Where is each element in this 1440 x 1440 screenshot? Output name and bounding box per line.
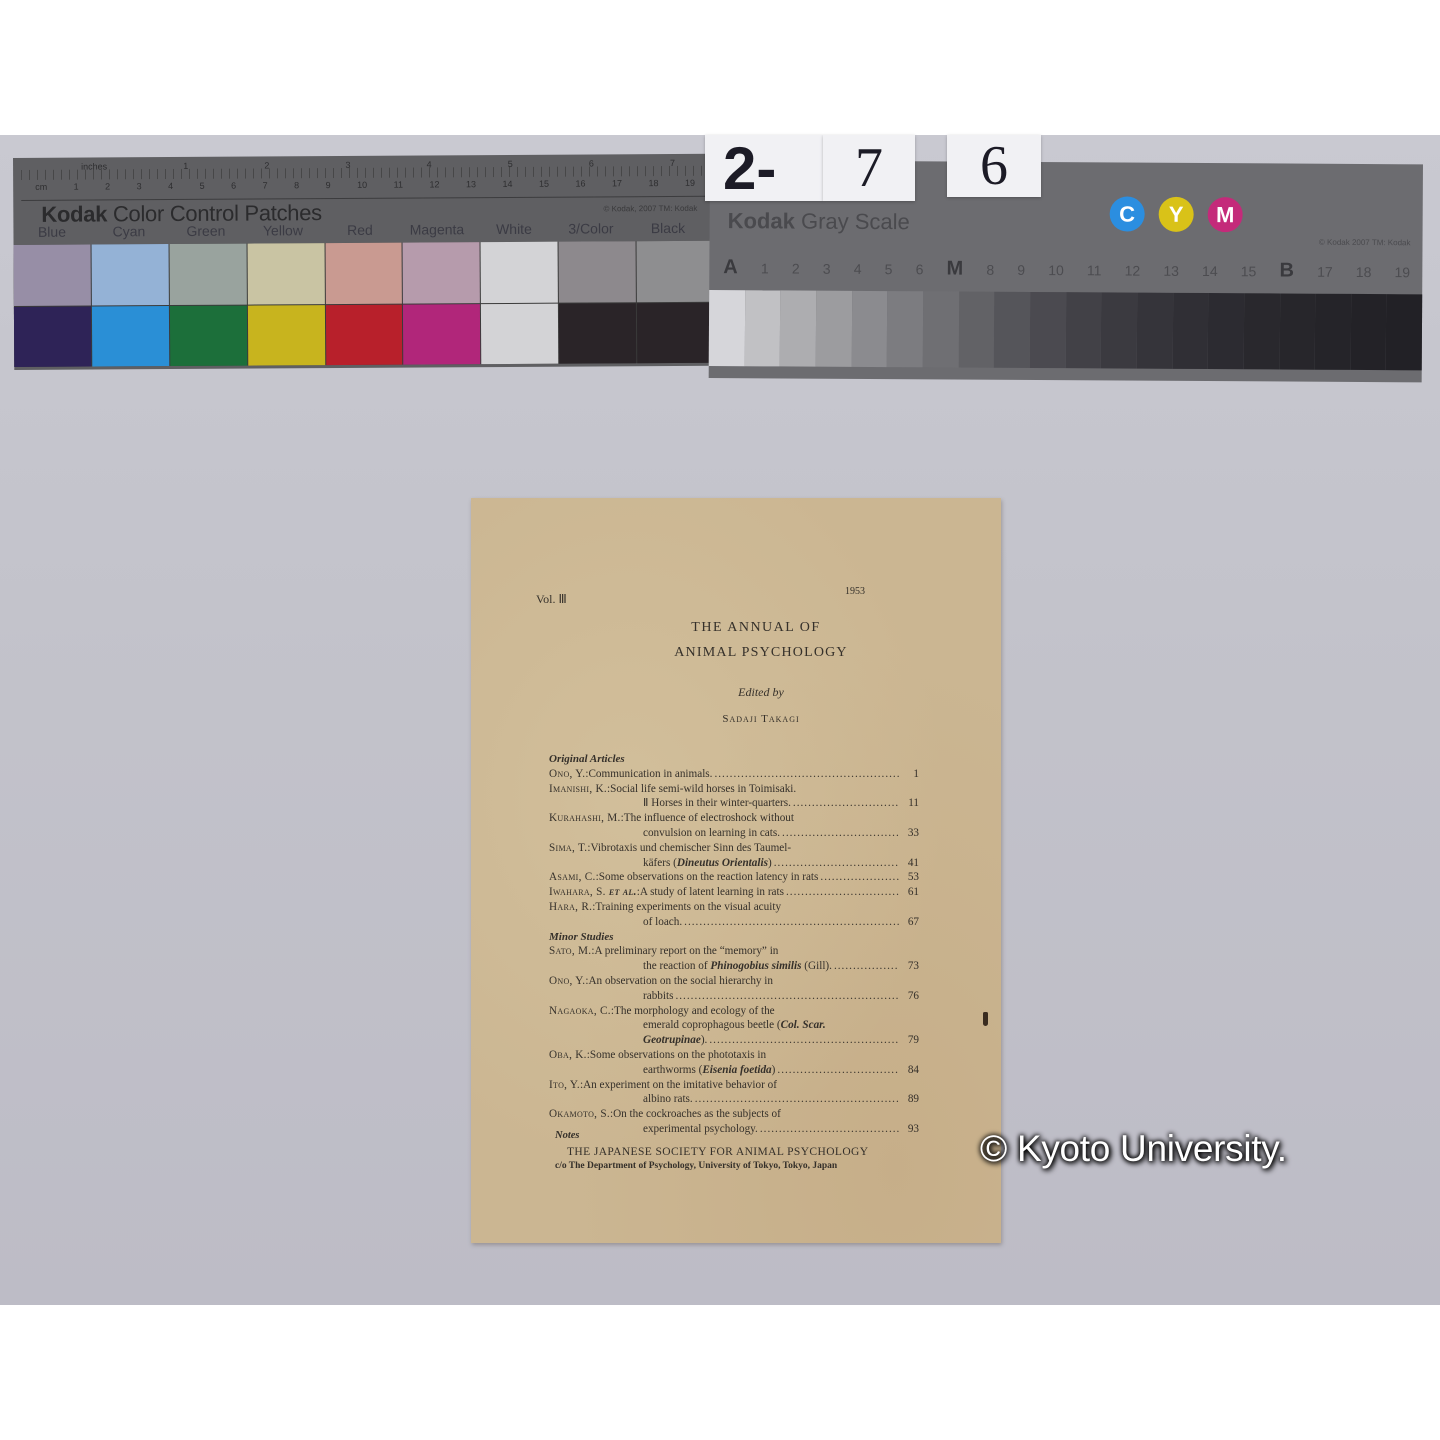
toc-entry: Nagaoka, C. : The morphology and ecology… xyxy=(549,1004,919,1048)
ruler-label: 7 xyxy=(263,180,268,190)
toc-title-text: Some observations on the reaction latenc… xyxy=(599,870,819,885)
toc-author: Sima, T. xyxy=(549,841,587,856)
journal-title-line-1: THE ANNUAL OF xyxy=(471,620,1001,636)
toc-title-text: Vibrotaxis und chemischer Sinn des Taume… xyxy=(590,841,791,856)
gray-step-label: 8 xyxy=(986,262,994,278)
toc-title-text: convulsion on learning in cats. xyxy=(643,826,780,841)
toc-title-text: emerald coprophagous beetle (Col. Scar. xyxy=(643,1018,826,1033)
gray-step-label: 1 xyxy=(761,260,769,276)
toc-title-text: On the cockroaches as the subjects of xyxy=(613,1107,781,1122)
toc-author: Asami, C. xyxy=(549,870,596,885)
toc-page-number: 53 xyxy=(901,870,919,885)
toc-line: Hara, R. : Training experiments on the v… xyxy=(549,900,919,915)
gray-step xyxy=(851,291,887,367)
dot-leader xyxy=(714,767,899,782)
toc-line: of loach.67 xyxy=(549,915,919,930)
gray-step-label: 13 xyxy=(1163,263,1179,279)
toc-title-text: The morphology and ecology of the xyxy=(614,1004,775,1019)
dot-leader xyxy=(786,885,899,900)
gray-step-label: 6 xyxy=(916,261,924,277)
toc-title-text: earthworms (Eisenia foetida) xyxy=(643,1063,775,1078)
gray-step xyxy=(887,291,923,367)
toc-line: Nagaoka, C. : The morphology and ecology… xyxy=(549,1004,919,1019)
gray-card-copyright: © Kodak 2007 TM: Kodak xyxy=(1319,238,1411,248)
toc-page-number: 33 xyxy=(901,826,919,841)
toc-page-number: 93 xyxy=(901,1122,919,1137)
toc-line: Oba, K. : Some observations on the photo… xyxy=(549,1048,919,1063)
toc-title-text: Social life semi-wild horses in Toimisak… xyxy=(610,782,796,797)
gray-step-labels: A123456M89101112131415B171819 xyxy=(723,256,1410,283)
color-patch xyxy=(247,243,324,304)
toc-line: albino rats.89 xyxy=(549,1092,919,1107)
dot-leader xyxy=(675,989,899,1004)
toc-title-text: käfers (Dineutus Orientalis) xyxy=(643,856,772,871)
color-card-copyright: © Kodak, 2007 TM: Kodak xyxy=(603,204,697,214)
toc-line: the reaction of Phinogobius similis (Gil… xyxy=(549,959,919,974)
toc-line: Imanishi, K. : Social life semi-wild hor… xyxy=(549,782,919,797)
publisher-address: c/o The Department of Psychology, Univer… xyxy=(555,1161,837,1171)
notes-heading: Notes xyxy=(555,1130,580,1141)
gray-step xyxy=(744,290,780,366)
toc-author: Imanishi, K. xyxy=(549,782,607,797)
journal-title-line-2: ANIMAL PSYCHOLOGY xyxy=(471,645,1001,661)
color-patch xyxy=(637,302,714,363)
toc-entry: Ono, Y. : An observation on the social h… xyxy=(549,974,919,1004)
ruler-label: 14 xyxy=(502,179,512,189)
gray-step-label: 9 xyxy=(1017,262,1025,278)
gray-step-label: 17 xyxy=(1317,264,1333,280)
toc-author: Kurahashi, M. xyxy=(549,811,621,826)
dot-leader xyxy=(695,1092,899,1107)
toc-entry: Iwahara, S. et al. : A study of latent l… xyxy=(549,885,919,900)
toc-title-text: An observation on the social hierarchy i… xyxy=(588,974,773,989)
ruler-label: 19 xyxy=(685,178,695,188)
publication-year: 1953 xyxy=(845,586,865,597)
gray-step-label: 5 xyxy=(885,261,893,277)
toc-title-text: of loach. xyxy=(643,915,682,930)
gray-step xyxy=(1279,293,1315,369)
toc-title-text: the reaction of Phinogobius similis (Gil… xyxy=(643,959,832,974)
toc-entry: Hara, R. : Training experiments on the v… xyxy=(549,900,919,930)
gray-step xyxy=(1172,293,1208,369)
cym-dots: CYM xyxy=(1110,196,1243,232)
toc-line: Sato, M. : A preliminary report on the “… xyxy=(549,944,919,959)
toc-author: Ono, Y. xyxy=(549,767,585,782)
italic-term: et al. xyxy=(609,886,637,898)
toc-entry: Asami, C. : Some observations on the rea… xyxy=(549,870,919,885)
italic-term: Geotrupinae xyxy=(643,1034,701,1046)
section-heading: Original Articles xyxy=(549,752,919,767)
ruler-label: 9 xyxy=(326,180,331,190)
toc-title-text: experimental psychology. xyxy=(643,1122,758,1137)
patch-label: Blue xyxy=(13,224,90,240)
cym-dot-c: C xyxy=(1110,196,1145,231)
gray-step-label: 19 xyxy=(1394,264,1410,280)
toc-page-number: 67 xyxy=(901,915,919,930)
ruler-label: 18 xyxy=(648,178,658,188)
volume-number: Vol. Ⅲ xyxy=(536,592,567,607)
gray-step xyxy=(709,290,745,366)
dot-leader xyxy=(760,1122,899,1137)
id-label-3: 6 xyxy=(947,135,1041,197)
toc-entry: Ito, Y. : An experiment on the imitative… xyxy=(549,1078,919,1108)
gray-step xyxy=(780,290,816,366)
toc-line: earthworms (Eisenia foetida)84 xyxy=(549,1063,919,1078)
ruler-label: 6 xyxy=(231,181,236,191)
toc-title-text: Some observations on the phototaxis in xyxy=(590,1048,766,1063)
binding-mark xyxy=(983,1012,988,1026)
toc-title-text: A study of latent learning in rats xyxy=(640,885,784,900)
toc-title-text: Training experiments on the visual acuit… xyxy=(595,900,781,915)
ruler-label: 15 xyxy=(539,179,549,189)
ruler-label: 2 xyxy=(105,181,110,191)
ruler-label: 5 xyxy=(200,181,205,191)
gray-step xyxy=(1065,292,1101,368)
gray-step-label: 11 xyxy=(1087,262,1102,278)
color-patch xyxy=(403,242,480,303)
patch-label: Red xyxy=(321,222,398,238)
toc-line: convulsion on learning in cats.33 xyxy=(549,826,919,841)
color-patch xyxy=(481,242,558,303)
toc-entry: Kurahashi, M. : The influence of electro… xyxy=(549,811,919,841)
kodak-brand: Kodak xyxy=(728,208,795,233)
toc-line: Ono, Y. : Communication in animals.1 xyxy=(549,767,919,782)
patch-labels: BlueCyanGreenYellowRedMagentaWhite3/Colo… xyxy=(13,220,713,240)
ruler-label: cm xyxy=(35,182,47,192)
ruler-cm: cm12345678910111213141516171819 xyxy=(21,178,705,192)
patch-label: Magenta xyxy=(398,221,475,237)
gray-step xyxy=(1386,294,1422,370)
color-patch xyxy=(169,244,246,305)
ruler-label: 17 xyxy=(612,178,622,188)
toc-line: Ito, Y. : An experiment on the imitative… xyxy=(549,1078,919,1093)
gray-step xyxy=(994,292,1030,368)
ruler-label: 1 xyxy=(74,182,79,192)
toc-page-number: 76 xyxy=(901,989,919,1004)
gray-step-label: 18 xyxy=(1356,264,1372,280)
toc-line: Okamoto, S. : On the cockroaches as the … xyxy=(549,1107,919,1122)
gray-step-label: 14 xyxy=(1202,263,1218,279)
toc-author: Ito, Y. xyxy=(549,1078,580,1093)
toc-line: Asami, C. : Some observations on the rea… xyxy=(549,870,919,885)
gray-step xyxy=(923,291,959,367)
id-label-1: 2- xyxy=(705,135,823,201)
ruler-label: 16 xyxy=(575,179,585,189)
toc-line: Sima, T. : Vibrotaxis und chemischer Sin… xyxy=(549,841,919,856)
toc-title-text: Communication in animals. xyxy=(588,767,712,782)
gray-step xyxy=(1101,292,1137,368)
cym-dot-m: M xyxy=(1208,197,1243,232)
dot-leader xyxy=(782,826,899,841)
toc-page-number: 79 xyxy=(901,1033,919,1048)
ruler-label: 8 xyxy=(294,180,299,190)
gray-step xyxy=(1244,293,1280,369)
toc-title-text: Ⅱ Horses in their winter-quarters. xyxy=(643,796,791,811)
color-patch xyxy=(170,305,247,366)
color-patch xyxy=(14,306,91,367)
italic-term: Dineutus Orientalis xyxy=(677,857,768,869)
gray-step xyxy=(1137,293,1173,369)
patch-label: Cyan xyxy=(90,223,167,239)
toc-line: rabbits76 xyxy=(549,989,919,1004)
gray-step-label: 4 xyxy=(854,261,862,277)
gray-step xyxy=(1351,294,1387,370)
dot-leader xyxy=(774,856,899,871)
toc-line: Iwahara, S. et al. : A study of latent l… xyxy=(549,885,919,900)
dot-leader xyxy=(793,796,899,811)
toc-author: Hara, R. xyxy=(549,900,592,915)
gray-step xyxy=(1315,294,1351,370)
gray-card-title-text: Gray Scale xyxy=(801,209,910,235)
toc-author: Oba, K. xyxy=(549,1048,587,1063)
toc-line: Ono, Y. : An observation on the social h… xyxy=(549,974,919,989)
toc-title-text: albino rats. xyxy=(643,1092,693,1107)
gray-step-label: 10 xyxy=(1048,262,1064,278)
gray-step xyxy=(1030,292,1066,368)
dot-leader xyxy=(684,915,899,930)
toc-title-text: Geotrupinae). xyxy=(643,1033,707,1048)
color-patch xyxy=(325,304,402,365)
section-heading: Minor Studies xyxy=(549,930,919,945)
ruler-label: 13 xyxy=(466,179,476,189)
toc-line: Ⅱ Horses in their winter-quarters.11 xyxy=(549,796,919,811)
gray-step-label: M xyxy=(946,257,963,280)
toc-line: Geotrupinae).79 xyxy=(549,1033,919,1048)
patch-label: Green xyxy=(167,223,244,239)
patch-label: 3/Color xyxy=(552,220,629,236)
copyright-watermark: © Kyoto University. xyxy=(980,1128,1287,1170)
patch-label: Black xyxy=(629,220,706,236)
toc-entry: Imanishi, K. : Social life semi-wild hor… xyxy=(549,782,919,812)
gray-step xyxy=(958,292,994,368)
cym-dot-y: Y xyxy=(1159,197,1194,232)
color-patches xyxy=(14,241,715,367)
color-patch xyxy=(481,303,558,364)
color-patch xyxy=(559,303,636,364)
ruler-label: 12 xyxy=(429,179,439,189)
id-label-2: 7 xyxy=(823,135,915,201)
toc-line: experimental psychology.93 xyxy=(549,1122,919,1137)
toc-author: Okamoto, S. xyxy=(549,1107,610,1122)
toc-page-number: 1 xyxy=(901,767,919,782)
toc-title-text: rabbits xyxy=(643,989,673,1004)
gray-step-label: 3 xyxy=(823,261,831,277)
italic-term: Eisenia foetida xyxy=(702,1064,771,1076)
toc-page-number: 41 xyxy=(901,856,919,871)
color-patch xyxy=(14,245,91,306)
edited-by: Edited by xyxy=(471,685,1001,700)
gray-step-label: 15 xyxy=(1241,263,1257,279)
color-patch xyxy=(325,243,402,304)
toc-entry: Ono, Y. : Communication in animals.1 xyxy=(549,767,919,782)
toc-author: Ono, Y. xyxy=(549,974,585,989)
color-patch xyxy=(92,306,169,367)
patch-label: White xyxy=(475,221,552,237)
dot-leader xyxy=(820,870,899,885)
gray-card-title: Kodak Gray Scale xyxy=(728,208,910,235)
table-of-contents: Original ArticlesOno, Y. : Communication… xyxy=(549,752,919,1137)
toc-line: Kurahashi, M. : The influence of electro… xyxy=(549,811,919,826)
toc-page-number: 61 xyxy=(901,885,919,900)
color-patch xyxy=(91,244,168,305)
gray-step-label: A xyxy=(723,256,738,279)
toc-title-text: A preliminary report on the “memory” in xyxy=(594,944,778,959)
color-patch xyxy=(559,241,636,302)
ruler-label: 3 xyxy=(137,181,142,191)
toc-author: Nagaoka, C. xyxy=(549,1004,611,1019)
color-patch xyxy=(637,241,714,302)
italic-term: Col. Scar. xyxy=(781,1019,826,1031)
toc-title-text: The influence of electroshock without xyxy=(624,811,794,826)
toc-page-number: 89 xyxy=(901,1092,919,1107)
publisher-name: THE JAPANESE SOCIETY FOR ANIMAL PSYCHOLO… xyxy=(567,1146,868,1158)
gray-step-label: B xyxy=(1279,259,1294,282)
ruler-label: 4 xyxy=(168,181,173,191)
dot-leader xyxy=(709,1033,899,1048)
gray-step xyxy=(816,291,852,367)
color-patch xyxy=(403,304,480,365)
gray-step-label: 2 xyxy=(792,261,800,277)
dot-leader xyxy=(834,959,899,974)
color-control-card: inches1234567 cm123456789101112131415161… xyxy=(13,154,714,370)
ruler: inches1234567 cm123456789101112131415161… xyxy=(21,156,705,201)
toc-author: Iwahara, S. et al. xyxy=(549,885,637,900)
gray-step-label: 12 xyxy=(1125,263,1141,279)
toc-entry: Sima, T. : Vibrotaxis und chemischer Sin… xyxy=(549,841,919,871)
toc-entry: Sato, M. : A preliminary report on the “… xyxy=(549,944,919,974)
gray-steps xyxy=(709,290,1422,370)
toc-line: emerald coprophagous beetle (Col. Scar. xyxy=(549,1018,919,1033)
toc-author: Sato, M. xyxy=(549,944,591,959)
ruler-label: 10 xyxy=(357,180,367,190)
toc-entry: Oba, K. : Some observations on the photo… xyxy=(549,1048,919,1078)
patch-label: Yellow xyxy=(244,222,321,238)
toc-page-number: 73 xyxy=(901,959,919,974)
toc-page-number: 84 xyxy=(901,1063,919,1078)
toc-line: käfers (Dineutus Orientalis)41 xyxy=(549,856,919,871)
editor-name: Sadaji Takagi xyxy=(471,713,1001,725)
gray-step xyxy=(1208,293,1244,369)
toc-page-number: 11 xyxy=(901,796,919,811)
toc-entry: Okamoto, S. : On the cockroaches as the … xyxy=(549,1107,919,1137)
italic-term: Phinogobius similis xyxy=(710,960,801,972)
ruler-label: 11 xyxy=(394,180,403,190)
document-page: Vol. Ⅲ 1953 THE ANNUAL OF ANIMAL PSYCHOL… xyxy=(471,498,1001,1243)
toc-title-text: An experiment on the imitative behavior … xyxy=(583,1078,777,1093)
color-patch xyxy=(248,305,325,366)
dot-leader xyxy=(777,1063,899,1078)
